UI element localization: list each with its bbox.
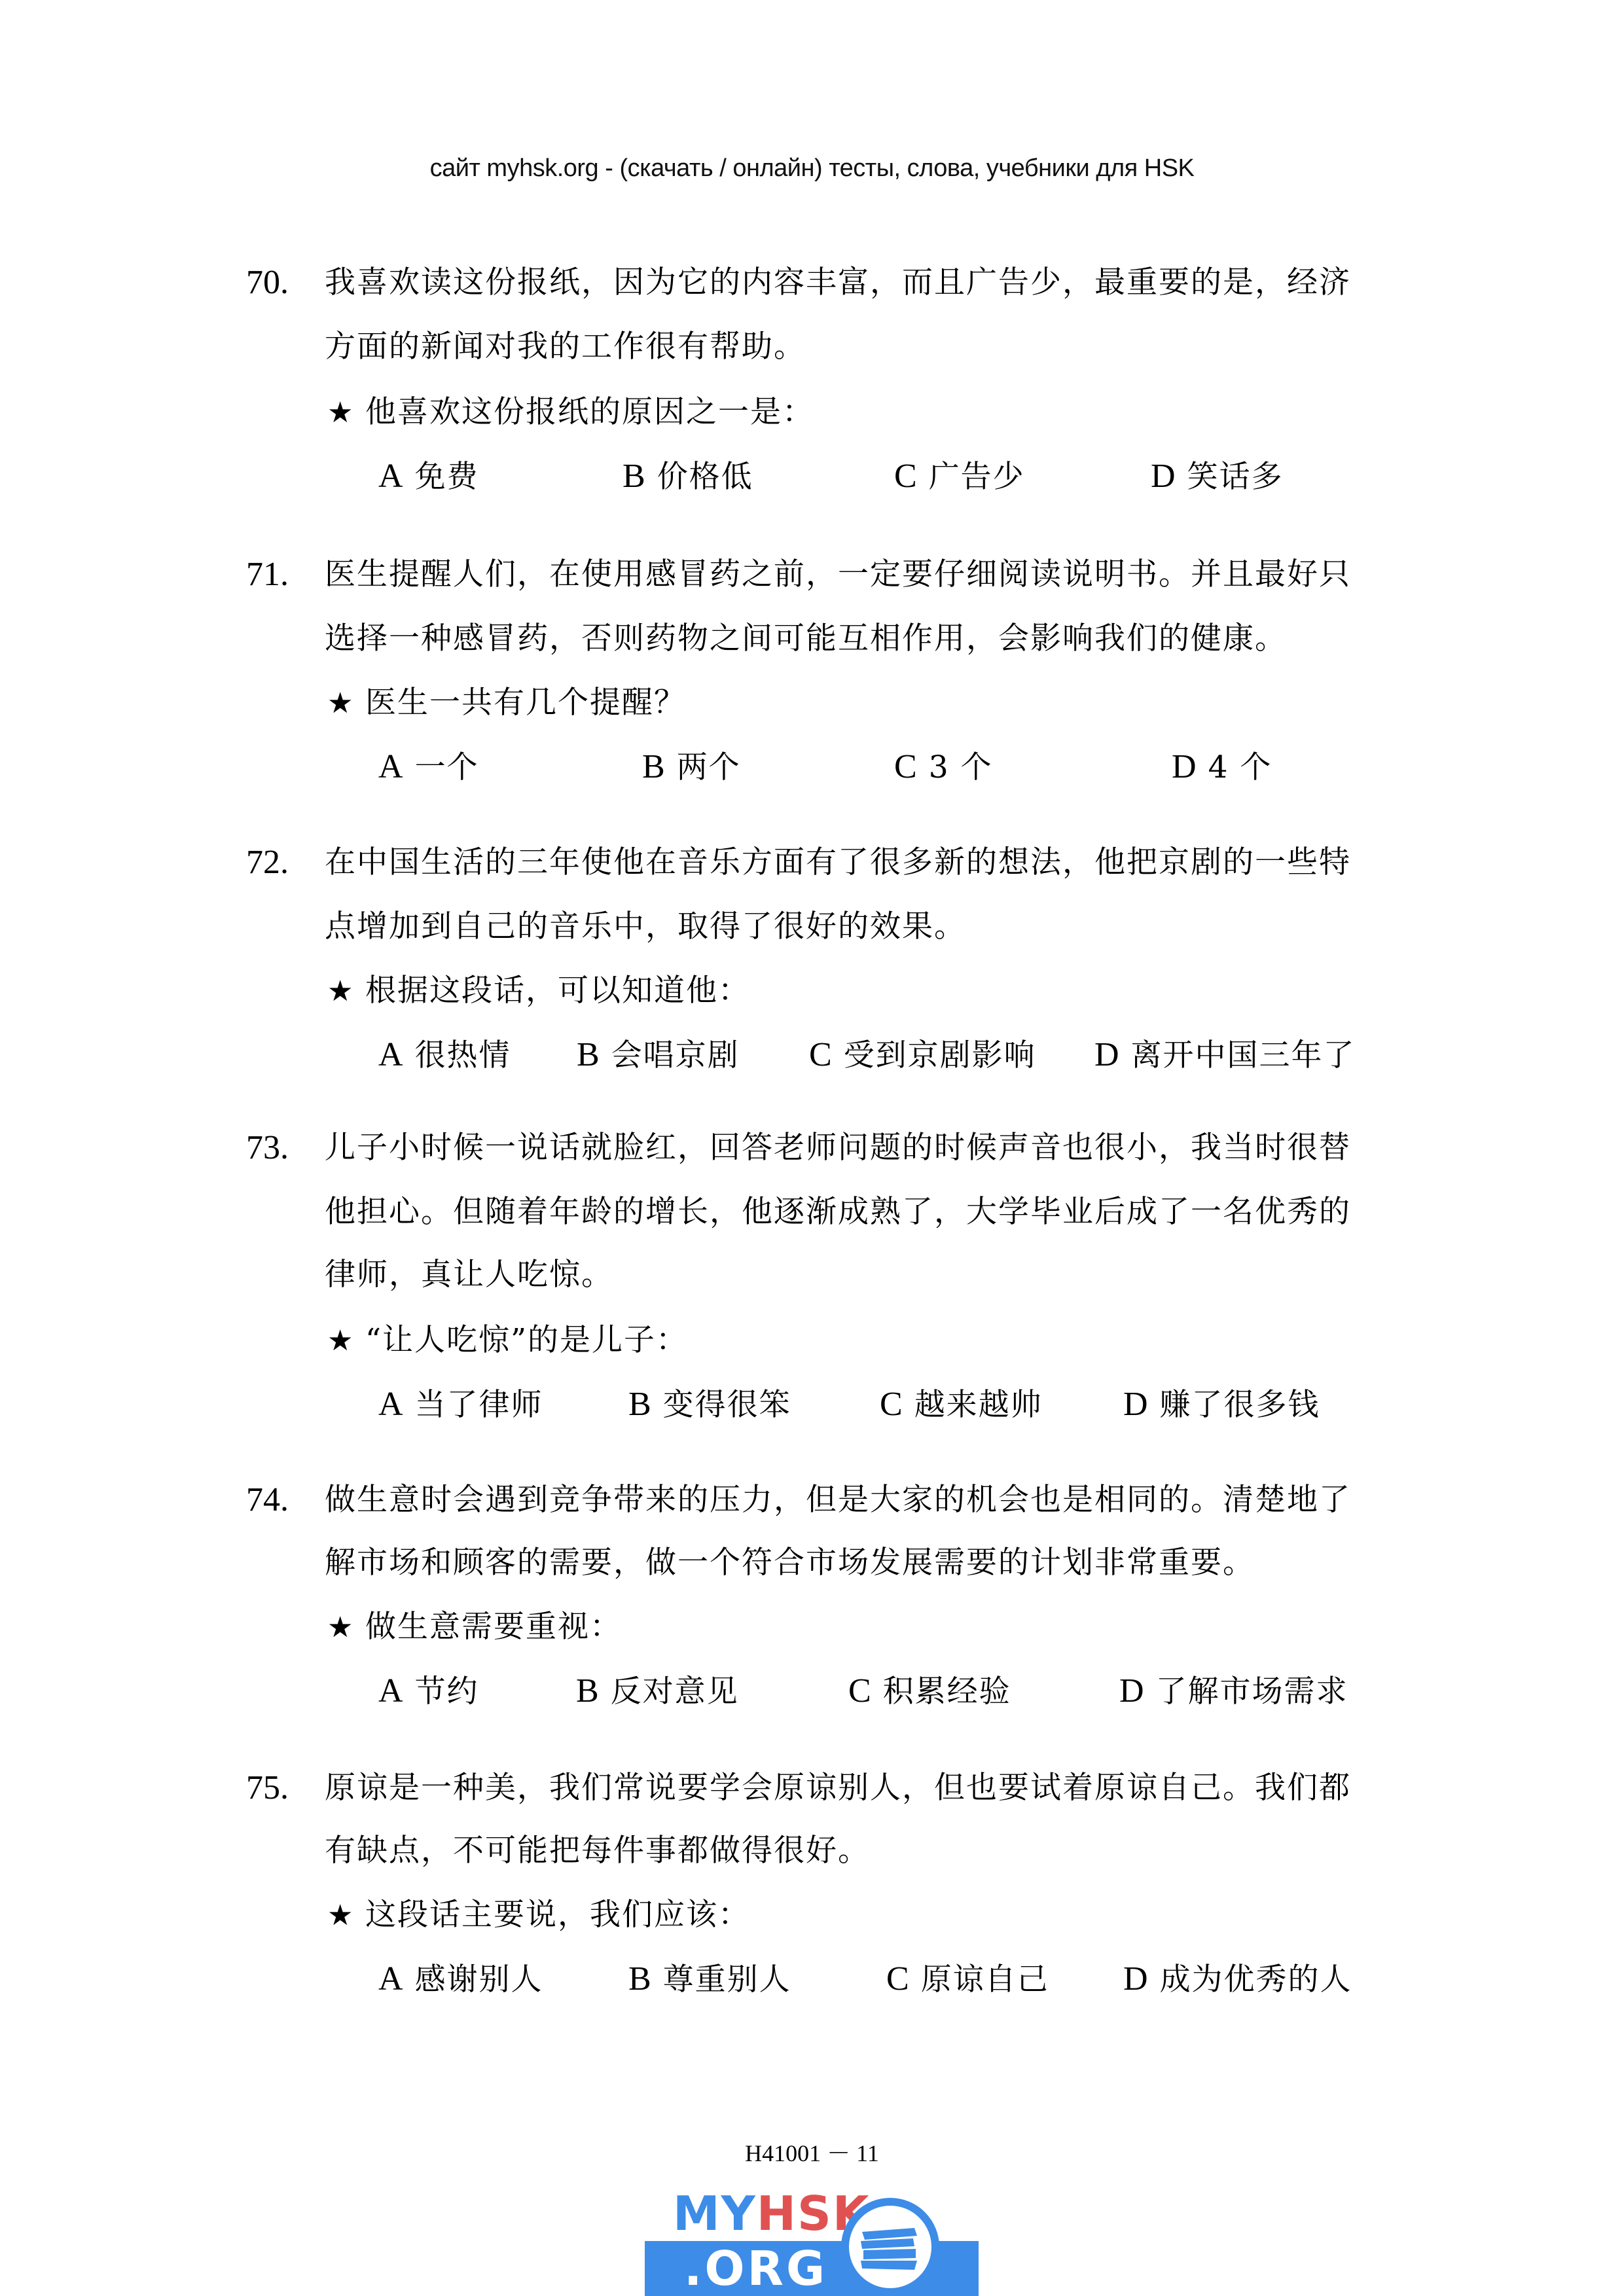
option-c[interactable]: C受到京剧影响: [809, 1035, 1036, 1075]
logo-my: MY: [673, 2186, 757, 2241]
star-icon: ★: [327, 1896, 365, 1935]
option-text: 价格低: [657, 459, 753, 495]
option-text: 反对意见: [611, 1674, 739, 1710]
option-letter: C: [848, 1672, 871, 1710]
option-letter: C: [880, 1386, 903, 1423]
option-text: 积累经验: [883, 1674, 1011, 1710]
question-number: 74.: [246, 1480, 289, 1520]
option-text: 受到京剧影响: [844, 1037, 1036, 1073]
option-letter: D: [1119, 1672, 1144, 1710]
option-letter: B: [577, 1036, 600, 1073]
option-letter: A: [378, 748, 403, 785]
option-d[interactable]: D了解市场需求: [1119, 1672, 1348, 1712]
question-prompt: ★他喜欢这份报纸的原因之一是：: [327, 393, 814, 433]
option-d[interactable]: D笑话多: [1151, 457, 1284, 497]
option-a[interactable]: A很热情: [378, 1035, 511, 1075]
option-text: 笑话多: [1187, 459, 1284, 495]
prompt-text: “让人吃惊”的是儿子：: [365, 1322, 688, 1358]
option-a[interactable]: A当了律师: [378, 1385, 543, 1425]
option-a[interactable]: A感谢别人: [378, 1960, 543, 2000]
option-d[interactable]: D赚了很多钱: [1123, 1385, 1320, 1425]
question-text-line: 点增加到自己的音乐中，取得了很好的效果。: [325, 907, 966, 946]
page-code: H41001 － 11: [0, 2135, 1624, 2168]
option-c[interactable]: C积累经验: [848, 1672, 1011, 1712]
question-text-line: 原谅是一种美，我们常说要学会原谅别人，但也要试着原谅自己。我们都: [325, 1768, 1351, 1808]
question-text-line: 儿子小时候一说话就脸红，回答老师问题的时候声音也很小，我当时很替: [325, 1128, 1351, 1168]
option-letter: B: [623, 457, 645, 495]
myhsk-logo: MYHSK .ORG: [645, 2189, 979, 2296]
question-prompt: ★医生一共有几个提醒？: [327, 683, 686, 723]
option-letter: A: [378, 457, 403, 495]
option-text: 离开中国三年了: [1131, 1037, 1356, 1073]
question-text-line: 方面的新闻对我的工作很有帮助。: [325, 327, 806, 367]
option-text: 会唱京剧: [611, 1037, 740, 1073]
question-text-line: 在中国生活的三年使他在音乐方面有了很多新的想法，他把京剧的一些特: [325, 843, 1351, 882]
star-icon: ★: [327, 393, 365, 433]
option-text: 两个: [677, 749, 741, 785]
option-b[interactable]: B变得很笨: [628, 1385, 791, 1425]
question-prompt: ★“让人吃惊”的是儿子：: [327, 1321, 688, 1361]
option-text: 感谢别人: [415, 1962, 543, 1998]
logo-org: .ORG: [684, 2244, 827, 2293]
option-text: 尊重别人: [663, 1962, 791, 1998]
option-letter: B: [628, 1960, 651, 1998]
option-letter: D: [1123, 1386, 1148, 1423]
option-b[interactable]: B反对意见: [576, 1672, 739, 1712]
option-d[interactable]: D成为优秀的人: [1123, 1960, 1352, 2000]
option-c[interactable]: C原谅自己: [886, 1960, 1049, 2000]
prompt-text: 做生意需要重视：: [365, 1609, 622, 1645]
option-a[interactable]: A节约: [378, 1672, 479, 1712]
prompt-text: 医生一共有几个提醒？: [365, 685, 686, 721]
star-icon: ★: [327, 972, 365, 1011]
question-text-line: 解市场和顾客的需要，做一个符合市场发展需要的计划非常重要。: [325, 1543, 1255, 1583]
question-number: 73.: [246, 1128, 289, 1168]
question-text-line: 做生意时会遇到竞争带来的压力，但是大家的机会也是相同的。清楚地了: [325, 1480, 1351, 1520]
books-svg: [849, 2206, 931, 2288]
option-letter: A: [378, 1386, 403, 1423]
question-text-line: 选择一种感冒药，否则药物之间可能互相作用，会影响我们的健康。: [325, 619, 1287, 658]
option-b[interactable]: B尊重别人: [628, 1960, 791, 2000]
option-c[interactable]: C越来越帅: [880, 1385, 1043, 1425]
question-number: 70.: [246, 263, 289, 302]
question-number: 75.: [246, 1768, 289, 1808]
star-icon: ★: [327, 684, 365, 723]
prompt-text: 他喜欢这份报纸的原因之一是：: [365, 394, 814, 430]
question-text-line: 律师，真让人吃惊。: [325, 1255, 613, 1295]
option-a[interactable]: A免费: [378, 457, 479, 497]
option-letter: A: [378, 1960, 403, 1998]
option-letter: C: [886, 1960, 909, 1998]
option-letter: D: [1094, 1036, 1119, 1073]
option-letter: D: [1151, 457, 1176, 495]
option-text: 很热情: [415, 1037, 511, 1073]
option-b[interactable]: B会唱京剧: [577, 1035, 740, 1075]
option-letter: A: [378, 1672, 403, 1710]
option-text: 原谅自己: [921, 1962, 1049, 1998]
option-text: 免费: [415, 459, 479, 495]
prompt-text: 根据这段话，可以知道他：: [365, 973, 750, 1009]
option-letter: C: [894, 457, 917, 495]
question-prompt: ★根据这段话，可以知道他：: [327, 971, 750, 1011]
question-text-line: 他担心。但随着年龄的增长，他逐渐成熟了，大学毕业后成了一名优秀的: [325, 1193, 1351, 1232]
option-d[interactable]: D离开中国三年了: [1094, 1035, 1356, 1075]
option-letter: B: [628, 1386, 651, 1423]
option-letter: D: [1172, 748, 1197, 785]
option-text: 赚了很多钱: [1160, 1387, 1320, 1423]
option-text: 成为优秀的人: [1160, 1962, 1352, 1998]
question-prompt: ★做生意需要重视：: [327, 1607, 622, 1647]
option-c[interactable]: C3 个: [894, 747, 993, 787]
question-number: 71.: [246, 555, 289, 594]
option-text: 当了律师: [415, 1387, 543, 1423]
star-icon: ★: [327, 1608, 365, 1647]
site-header: сайт myhsk.org - (скачать / онлайн) тест…: [0, 154, 1624, 183]
option-text: 变得很笨: [663, 1387, 791, 1423]
option-b[interactable]: B价格低: [623, 457, 753, 497]
option-text: 了解市场需求: [1156, 1674, 1348, 1710]
question-text-line: 我喜欢读这份报纸，因为它的内容丰富，而且广告少，最重要的是，经济: [325, 263, 1351, 302]
option-c[interactable]: C广告少: [894, 457, 1025, 497]
option-text: 广告少: [929, 459, 1025, 495]
option-a[interactable]: A一个: [378, 747, 479, 787]
option-b[interactable]: B两个: [642, 747, 741, 787]
option-text: 节约: [415, 1674, 479, 1710]
question-number: 72.: [246, 843, 289, 882]
option-letter: C: [894, 748, 917, 785]
option-letter: C: [809, 1036, 832, 1073]
option-text: 越来越帅: [914, 1387, 1043, 1423]
option-text: 4 个: [1208, 749, 1272, 785]
question-text-line: 有缺点，不可能把每件事都做得很好。: [325, 1831, 870, 1871]
option-text: 一个: [415, 749, 479, 785]
question-text-line: 医生提醒人们，在使用感冒药之前，一定要仔细阅读说明书。并且最好只: [325, 555, 1351, 594]
option-text: 3 个: [929, 749, 993, 785]
star-icon: ★: [327, 1321, 365, 1361]
option-letter: B: [576, 1672, 599, 1710]
books-icon: [841, 2198, 939, 2296]
option-letter: D: [1123, 1960, 1148, 1998]
question-prompt: ★这段话主要说，我们应该：: [327, 1895, 750, 1935]
logo-text-top: MYHSK: [673, 2190, 871, 2237]
option-d[interactable]: D4 个: [1172, 747, 1272, 787]
option-letter: B: [642, 748, 665, 785]
prompt-text: 这段话主要说，我们应该：: [365, 1897, 750, 1933]
option-letter: A: [378, 1036, 403, 1073]
